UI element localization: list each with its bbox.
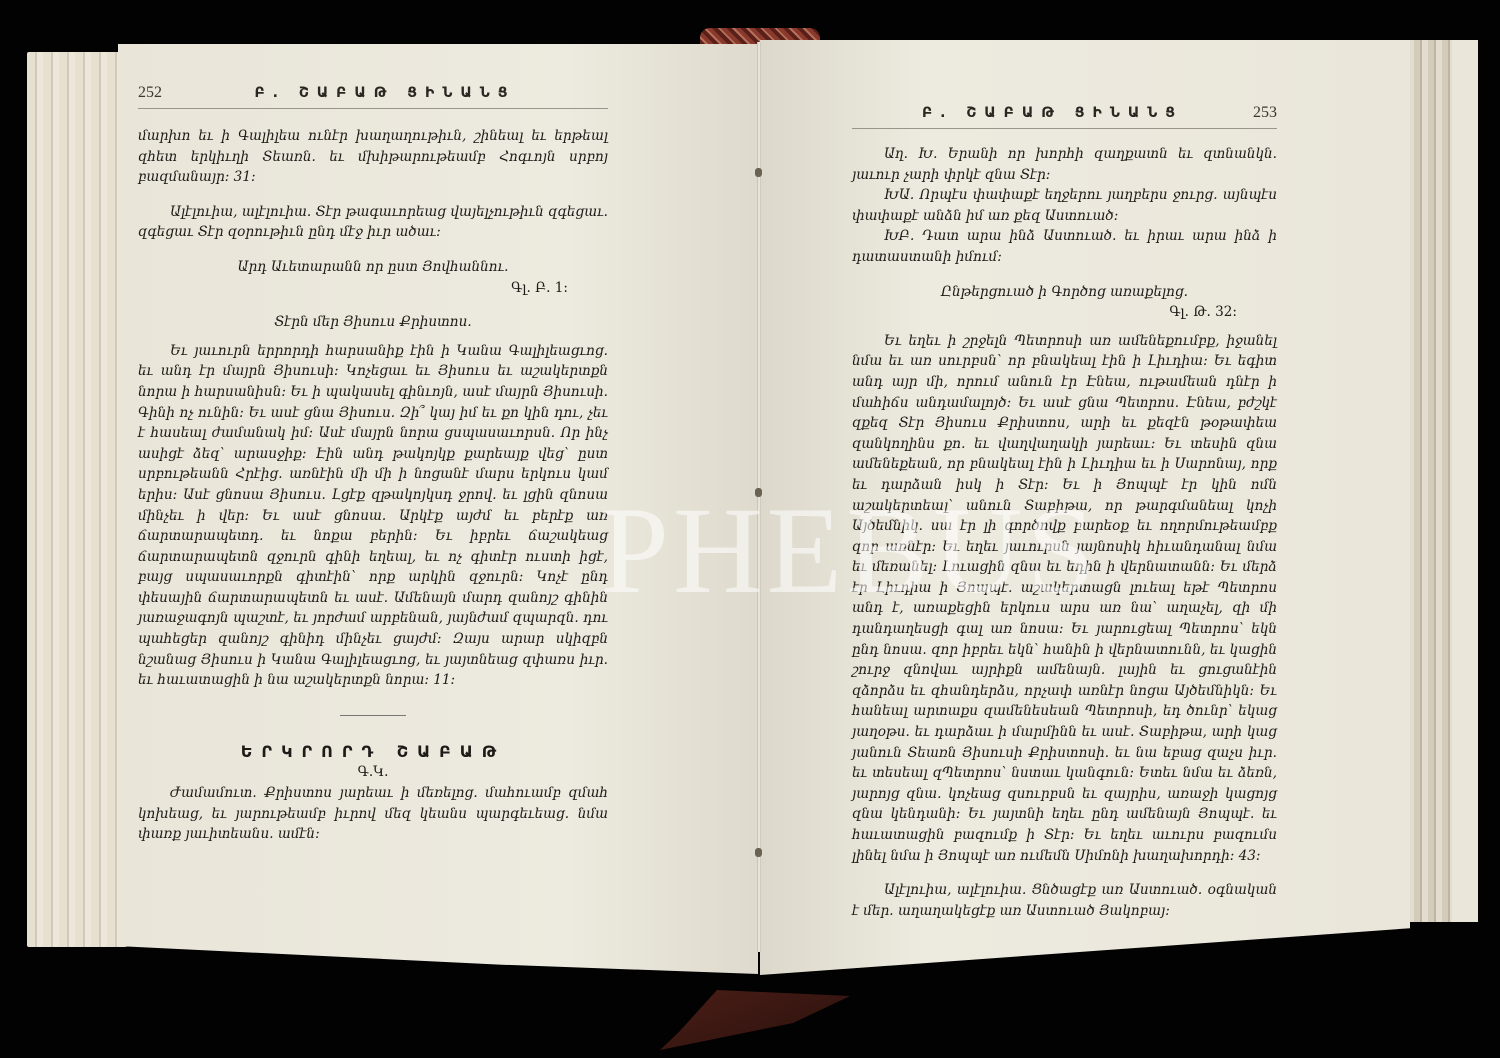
binding-stitch xyxy=(755,488,762,497)
book-gutter xyxy=(757,42,761,952)
right-page-body: Աղ. Խ. Երանի որ խորհի զաղքատն եւ զտնանկն… xyxy=(852,144,1277,921)
reading-title: Ընթերցուած ի Գործոց առաքելոց. xyxy=(852,282,1277,303)
paragraph: Ժամամուտ. Քրիստոս յարեաւ ի մեռելոց. մահո… xyxy=(138,783,608,845)
binding-stitch xyxy=(755,168,762,177)
bookmark-ribbon-bottom xyxy=(660,990,850,1050)
paragraph: Ալէլուիա, ալէլուիա. Ցնծացէք առ Աստուած. … xyxy=(852,880,1277,921)
chapter-reference: Գլ. Թ. 32: xyxy=(852,302,1277,323)
book-photograph: 252 Բ. ՇԱԲԱԹ ՑԻՆԱՆՑ մարխո եւ ի Գալիլեա ո… xyxy=(0,0,1500,1058)
chapter-reference: Գլ. Բ. 1: xyxy=(138,278,608,299)
running-head: Բ. ՇԱԲԱԹ ՑԻՆԱՆՑ xyxy=(162,85,608,101)
paragraph: ԽԱ. Որպէս փափաքէ եղջերու յաղբերս ջուրց. … xyxy=(852,185,1277,226)
paragraph: Ալէլուիա, ալէլուիա. Տէր թագաւորեաց վայել… xyxy=(138,202,608,243)
paragraph: ԽԲ. Դատ արա ինձ Աստուած. եւ իրաւ արա ինձ… xyxy=(852,226,1277,267)
right-page-header: Բ. ՇԱԲԱԹ ՑԻՆԱՆՑ 253 xyxy=(852,104,1277,129)
running-head: Բ. ՇԱԲԱԹ ՑԻՆԱՆՑ xyxy=(852,105,1253,121)
section-title: Տէրն մեր Յիսուս Քրիստոս. xyxy=(138,312,608,333)
paragraph: Աղ. Խ. Երանի որ խորհի զաղքատն եւ զտնանկն… xyxy=(852,144,1277,185)
page-edges-left xyxy=(27,52,127,947)
left-page-body: մարխո եւ ի Գալիլեա ունէր խաղաղութիւն, շի… xyxy=(138,126,608,845)
page-number: 252 xyxy=(138,84,162,102)
paragraph: Եւ յաւուրն երրորդի հարսանիք էին ի Կանա Գ… xyxy=(138,341,608,691)
reading-title: Արդ Աւետարանն որ ըստ Յովհաննու. xyxy=(138,257,608,278)
chapter-title: ԵՐԿՐՈՐԴ ՇԱԲԱԹ xyxy=(138,742,608,763)
page-number: 253 xyxy=(1253,104,1277,122)
left-page-header: 252 Բ. ՇԱԲԱԹ ՑԻՆԱՆՑ xyxy=(138,84,608,109)
paragraph: Եւ եղեւ ի շրջելն Պետրոսի առ ամենեքումբք,… xyxy=(852,331,1277,866)
divider xyxy=(340,715,406,716)
binding-stitch xyxy=(755,848,762,857)
paragraph: մարխո եւ ի Գալիլեա ունէր խաղաղութիւն, շի… xyxy=(138,126,608,188)
page-edges-right xyxy=(1400,40,1478,922)
chapter-subtitle: Գ.Կ. xyxy=(138,762,608,783)
